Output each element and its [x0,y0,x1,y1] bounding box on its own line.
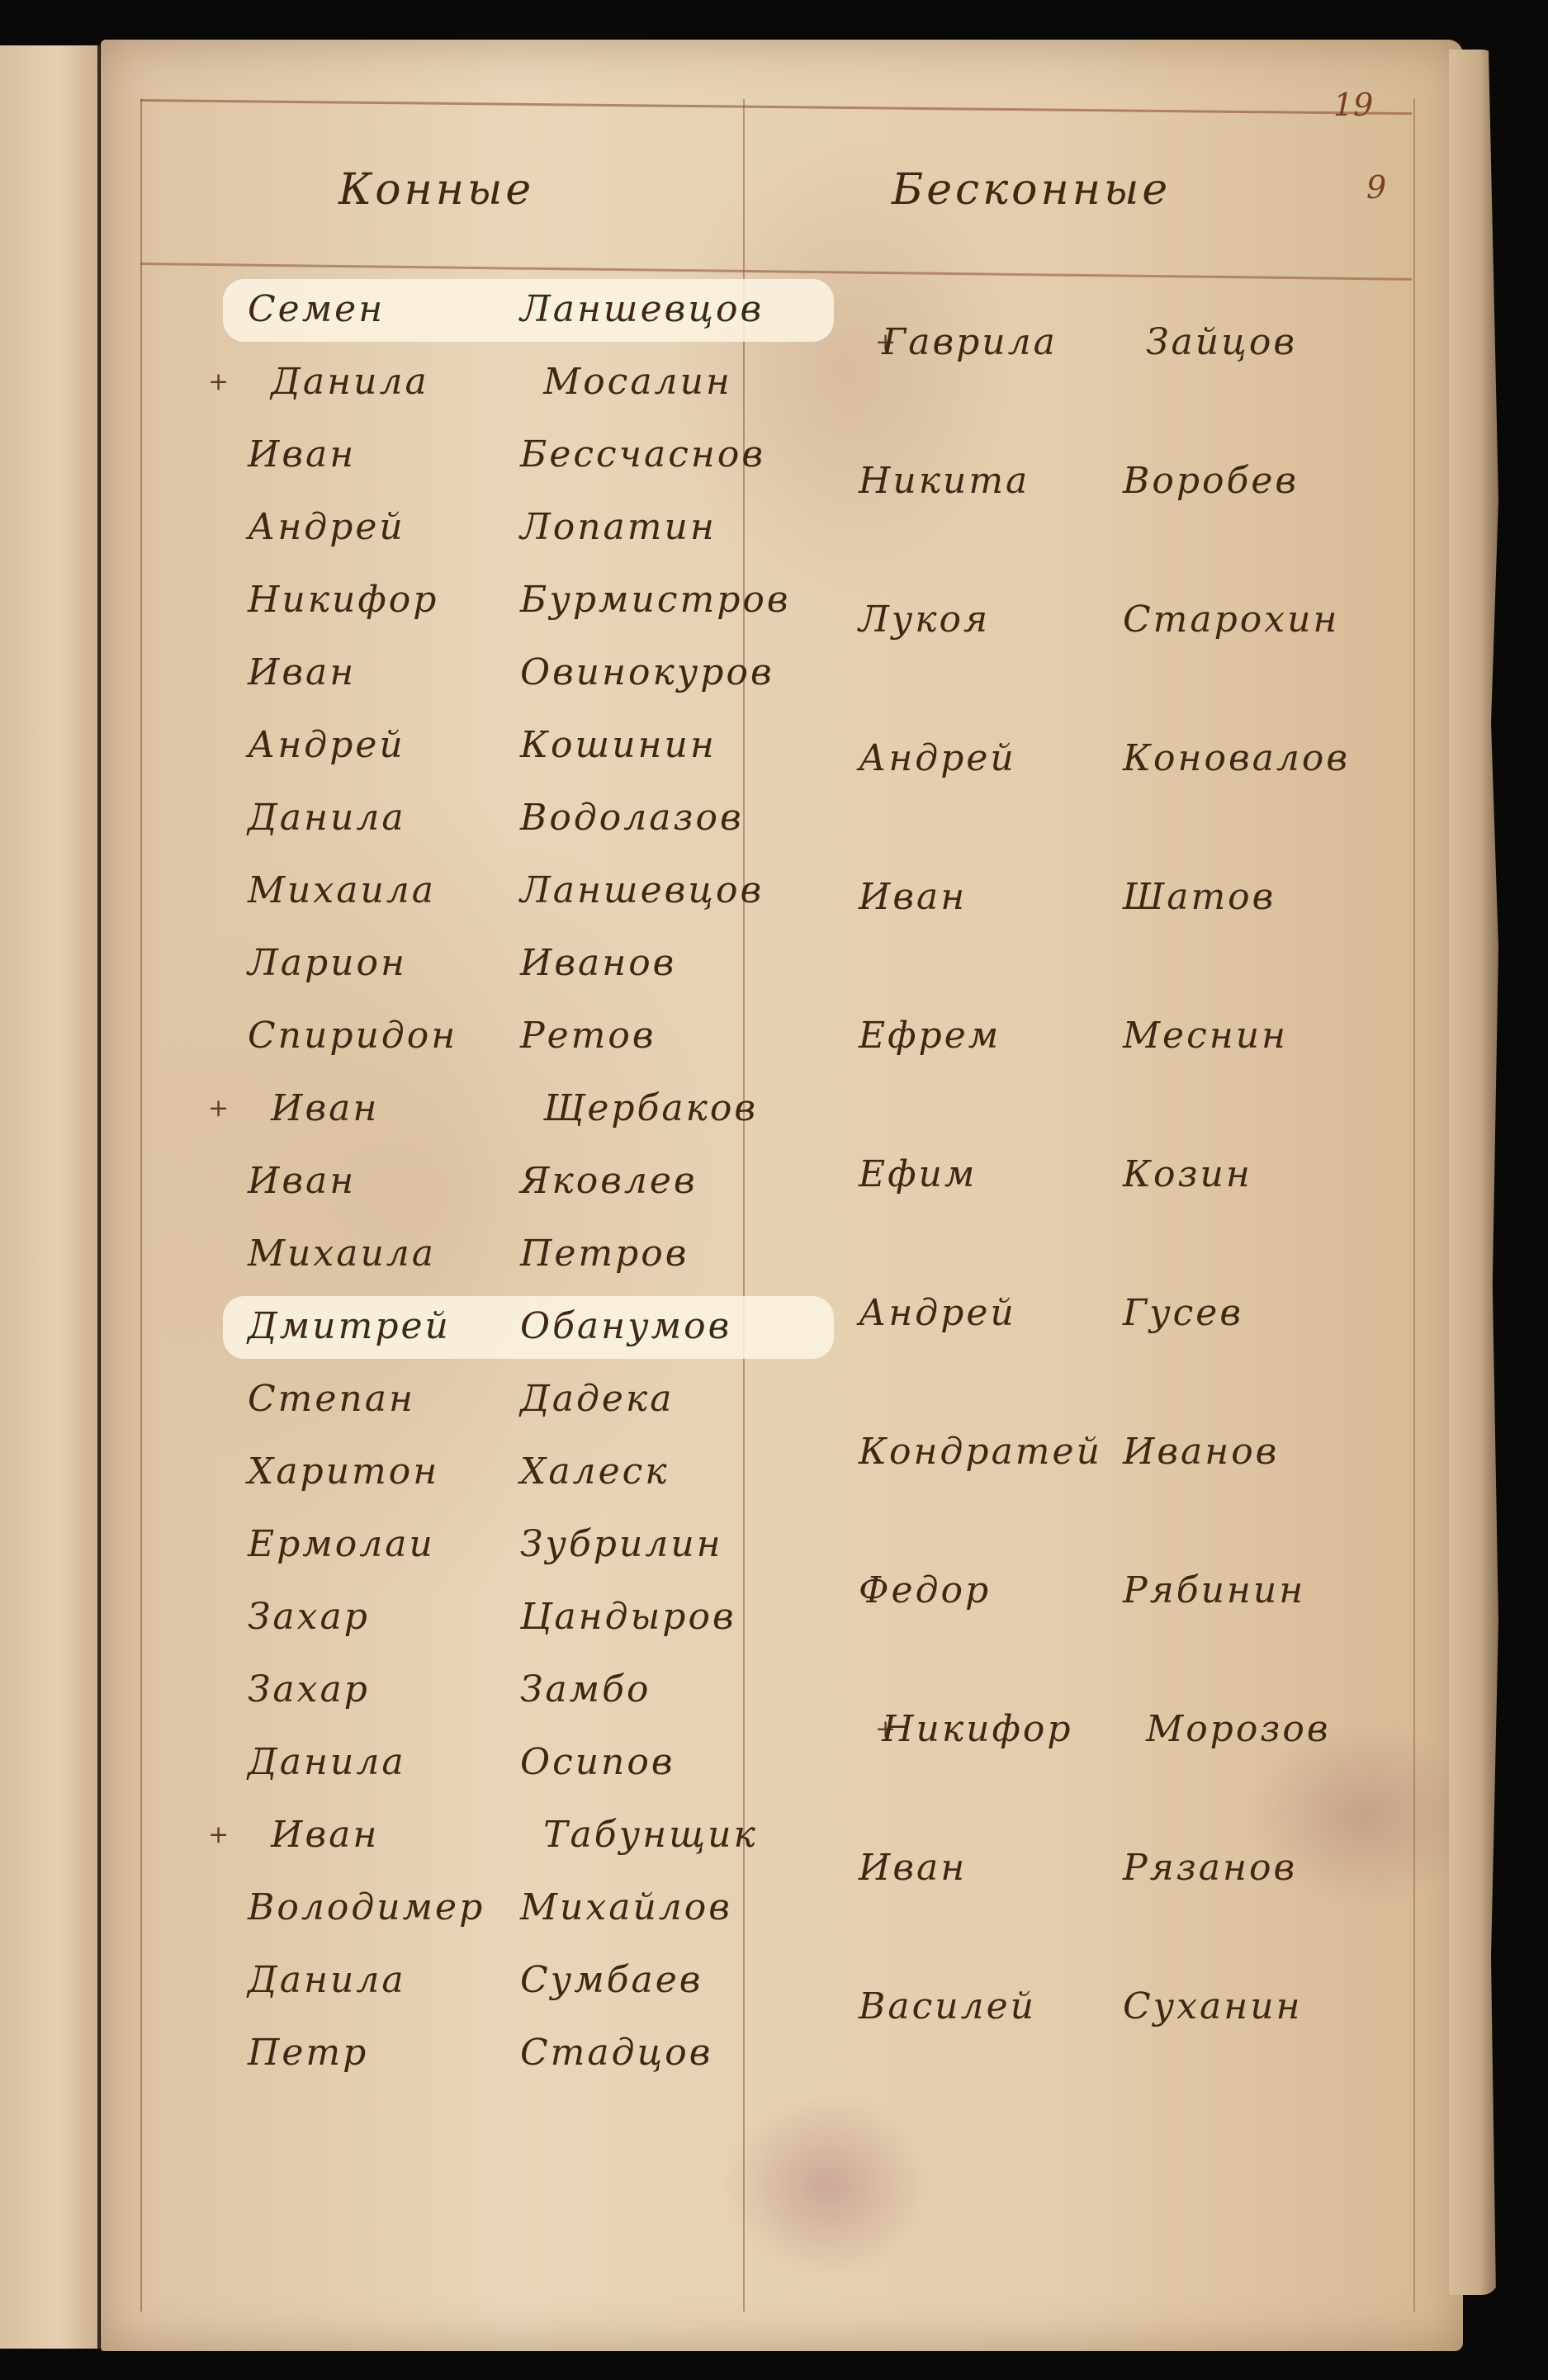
first-name: Никита [859,460,1123,502]
first-name: Михаила [248,1233,520,1275]
plus-mark-icon: + [208,1820,231,1849]
first-name: Иван [859,1847,1123,1889]
first-name: Иван [859,876,1123,918]
first-name: Лукоя [859,599,1123,641]
name-entry: ЛарионИванов [248,926,826,999]
unmounted-names-column: +ГаврилаЗайцовНикитаВоробевЛукояСтарохин… [859,272,1395,2075]
name-entry: ДмитрейОбанумов [248,1289,826,1362]
surname: Овинокуров [520,651,826,693]
first-name: Захар [248,1596,520,1638]
surname: Цандыров [520,1596,826,1638]
sub-number: 9 [1366,169,1386,206]
first-name: Захар [248,1668,520,1710]
facing-page-edge [0,45,100,2349]
column-header-unmounted: Бесконные [892,165,1171,215]
surname: Замбо [520,1668,826,1710]
name-entry: СеменЛаншевцов [248,272,826,345]
first-name: Андрей [859,1292,1123,1334]
name-entry: СпиридонРетов [248,999,826,1072]
surname: Лопатин [520,506,826,548]
surname: Ретов [520,1015,826,1057]
surname: Суханин [1123,1985,1395,2027]
name-entry: ИванРязанов [859,1798,1395,1937]
first-name: Данила [248,1741,520,1783]
first-name: Харитон [248,1450,520,1493]
name-entry: ВолодимерМихайлов [248,1871,826,1943]
first-name: Данила [271,361,543,403]
name-entry: ЕрмолаиЗубрилин [248,1507,826,1580]
surname: Яковлев [520,1160,826,1202]
surname: Ланшевцов [520,869,826,911]
first-name: Володимер [248,1886,520,1928]
name-entry: ВасилейСуханин [859,1937,1395,2075]
torn-page-edge [1449,50,1498,2295]
name-entry: МихаилаЛаншевцов [248,854,826,926]
name-entry: АндрейКошинин [248,708,826,781]
surname: Рязанов [1123,1847,1395,1889]
surname: Ланшевцов [520,288,826,330]
name-entry: АндрейЛопатин [248,490,826,563]
name-entry: ЛукояСтарохин [859,550,1395,688]
name-entry: ЕфимКозин [859,1105,1395,1243]
name-entry: ИванБессчаснов [248,418,826,490]
surname: Меснин [1123,1015,1395,1057]
first-name: Дмитрей [248,1305,520,1347]
name-entry: ИванШатов [859,827,1395,966]
name-entry: +ДанилаМосалин [248,345,826,418]
surname: Зубрилин [520,1523,826,1565]
first-name: Семен [248,288,520,330]
name-entry: КондратейИванов [859,1382,1395,1521]
name-entry: АндрейКоновалов [859,688,1395,827]
name-entry: +ГаврилаЗайцов [859,272,1395,411]
surname: Табунщик [543,1814,826,1856]
name-entry: ДанилаВодолазов [248,781,826,854]
name-entry: ДанилаОсипов [248,1725,826,1798]
surname: Сумбаев [520,1959,826,2001]
plus-mark-icon: + [208,1094,231,1123]
surname: Иванов [520,942,826,984]
surname: Петров [520,1233,826,1275]
first-name: Никифор [248,579,520,621]
surname: Гусев [1123,1292,1395,1334]
surname: Обанумов [520,1305,826,1347]
name-entry: АндрейГусев [859,1243,1395,1382]
first-name: Ефим [859,1153,1123,1195]
name-entry: ХаритонХалеск [248,1435,826,1507]
folio-number: 19 [1333,87,1373,123]
name-entry: ФедорРябинин [859,1521,1395,1659]
name-entry: НикитаВоробев [859,411,1395,550]
first-name: Никифор [882,1708,1146,1750]
name-entry: СтепанДадека [248,1362,826,1435]
surname: Козин [1123,1153,1395,1195]
first-name: Иван [248,433,520,476]
mounted-names-column: СеменЛаншевцов+ДанилаМосалинИванБессчасн… [248,272,826,2089]
plus-mark-icon: + [208,367,231,396]
first-name: Ларион [248,942,520,984]
name-entry: ИванОвинокуров [248,636,826,708]
name-entry: ЗахарЦандыров [248,1580,826,1653]
first-name: Данила [248,1959,520,2001]
surname: Халеск [520,1450,826,1493]
surname: Дадека [520,1378,826,1420]
first-name: Иван [271,1087,543,1129]
first-name: Данила [248,797,520,839]
name-entry: ИванЯковлев [248,1144,826,1217]
surname: Зайцов [1146,321,1395,363]
name-entry: ПетрСтадцов [248,2016,826,2089]
column-header-mounted: Конные [338,165,534,215]
first-name: Андрей [248,724,520,766]
surname: Водолазов [520,797,826,839]
surname: Старохин [1123,599,1395,641]
first-name: Федор [859,1569,1123,1611]
name-entry: +ИванТабунщик [248,1798,826,1871]
first-name: Кондратей [859,1431,1123,1473]
first-name: Василей [859,1985,1123,2027]
surname: Морозов [1146,1708,1395,1750]
first-name: Иван [248,1160,520,1202]
first-name: Ермолаи [248,1523,520,1565]
surname: Кошинин [520,724,826,766]
first-name: Иван [248,651,520,693]
surname: Осипов [520,1741,826,1783]
name-entry: НикифорБурмистров [248,563,826,636]
surname: Бессчаснов [520,433,826,476]
first-name: Андрей [859,737,1123,779]
surname: Воробев [1123,460,1395,502]
first-name: Ефрем [859,1015,1123,1057]
name-entry: МихаилаПетров [248,1217,826,1289]
first-name: Спиридон [248,1015,520,1057]
surname: Шатов [1123,876,1395,918]
name-entry: +НикифорМорозов [859,1659,1395,1798]
first-name: Иван [271,1814,543,1856]
first-name: Степан [248,1378,520,1420]
surname: Иванов [1123,1431,1395,1473]
first-name: Андрей [248,506,520,548]
name-entry: ЗахарЗамбо [248,1653,826,1725]
surname: Стадцов [520,2032,826,2074]
surname: Рябинин [1123,1569,1395,1611]
name-entry: ДанилаСумбаев [248,1943,826,2016]
name-entry: ЕфремМеснин [859,966,1395,1105]
first-name: Гаврила [882,321,1146,363]
surname: Бурмистров [520,579,826,621]
first-name: Петр [248,2032,520,2074]
surname: Щербаков [543,1087,826,1129]
first-name: Михаила [248,869,520,911]
surname: Коновалов [1123,737,1395,779]
surname: Михайлов [520,1886,826,1928]
name-entry: +ИванЩербаков [248,1072,826,1144]
surname: Мосалин [543,361,826,403]
